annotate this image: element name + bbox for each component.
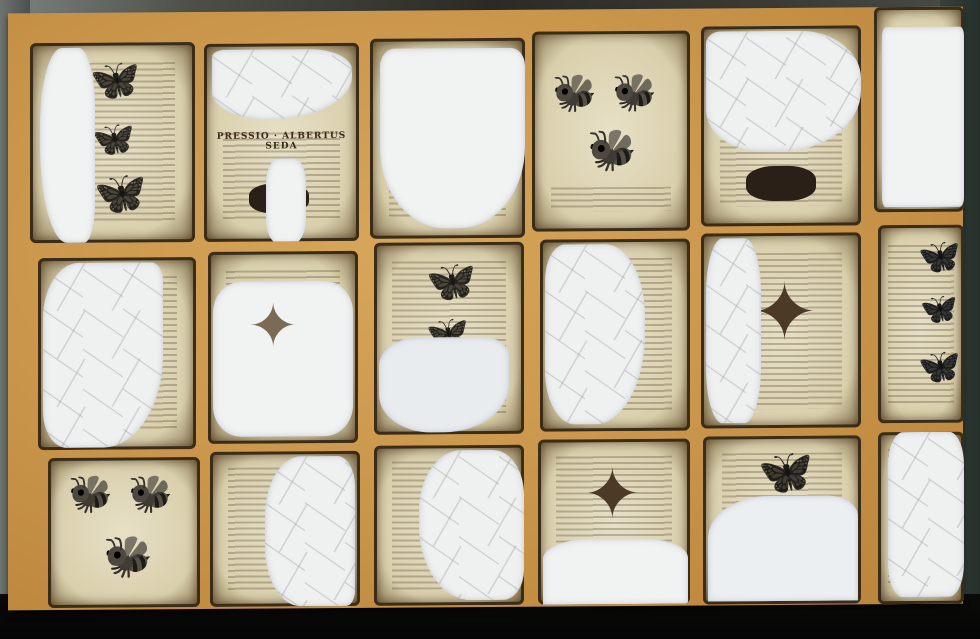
tile-text-page [540, 239, 690, 432]
paint-patch [882, 27, 964, 208]
tile-bees: 🐝 🐝 🐝 [48, 457, 200, 608]
tile-text-page [374, 445, 524, 606]
tile-butterflies: 🦋 🦋 [703, 435, 861, 604]
bee-icon: 🐝 [103, 537, 153, 577]
ornament-icon [746, 166, 816, 201]
paint-patch [543, 539, 688, 605]
butterfly-icon: 🦋 [426, 262, 476, 302]
tile-text-page [874, 7, 964, 213]
bee-icon: 🐝 [128, 477, 173, 513]
tile-manuscript [38, 257, 196, 450]
tile-text-page [878, 432, 964, 605]
butterfly-icon: 🦋 [90, 60, 140, 100]
crackle-paint-patch [706, 30, 861, 151]
collage-board: 🦋 🦋 🦋 PRESSIO · ALBERTUS SEDA 🐝 🐝 🐝 ALBE… [8, 7, 963, 611]
dragonfly-icon: ✦ [583, 459, 642, 529]
crackle-paint-patch [419, 450, 524, 601]
bee-icon: 🐝 [68, 478, 113, 514]
paint-patch [40, 48, 95, 243]
crackle-paint-patch [706, 238, 761, 423]
text-lines [551, 187, 671, 212]
tile-dragonfly: ✦ [701, 232, 861, 428]
tile-bees: 🐝 🐝 🐝 [532, 31, 690, 232]
dragonfly-icon: ✦ [751, 273, 818, 353]
crackle-paint-patch [43, 262, 163, 448]
dragonfly-icon: ✦ [248, 296, 298, 356]
tile-title-page: ALBERTUS SEDA [701, 25, 861, 226]
tile-butterflies: 🦋 🦋 🦋 [30, 42, 195, 243]
bee-icon: 🐝 [552, 76, 597, 112]
paint-drip [266, 158, 306, 242]
tile-music-score [210, 451, 360, 607]
bee-icon: 🐝 [587, 131, 637, 171]
tile-butterflies-text: 🦋 🦋 🦋 [878, 225, 964, 424]
paint-patch [708, 495, 858, 601]
title-caption: PRESSIO · ALBERTUS SEDA [204, 131, 359, 152]
butterfly-icon: 🦋 [918, 350, 960, 384]
tile-text-page [370, 38, 525, 239]
crackle-paint-patch [265, 456, 355, 607]
bee-icon: 🐝 [612, 76, 657, 112]
butterfly-icon: 🦋 [758, 451, 813, 495]
butterfly-icon: 🦋 [92, 122, 134, 156]
butterfly-icon: 🦋 [920, 295, 957, 325]
crackle-paint-patch [212, 49, 352, 120]
tile-dragonfly: ✦ [208, 251, 358, 444]
tile-title-page: PRESSIO · ALBERTUS SEDA [204, 43, 359, 242]
crackle-paint-patch [545, 244, 645, 425]
butterfly-icon: 🦋 [94, 172, 146, 214]
paint-patch [379, 337, 509, 433]
butterfly-icon: 🦋 [918, 240, 960, 274]
paint-patch [380, 48, 525, 229]
crackle-paint-patch [888, 432, 964, 598]
tile-dragonfly: ✦ [538, 439, 690, 605]
tile-butterflies: 🦋 🦋 🦋 [374, 242, 524, 435]
